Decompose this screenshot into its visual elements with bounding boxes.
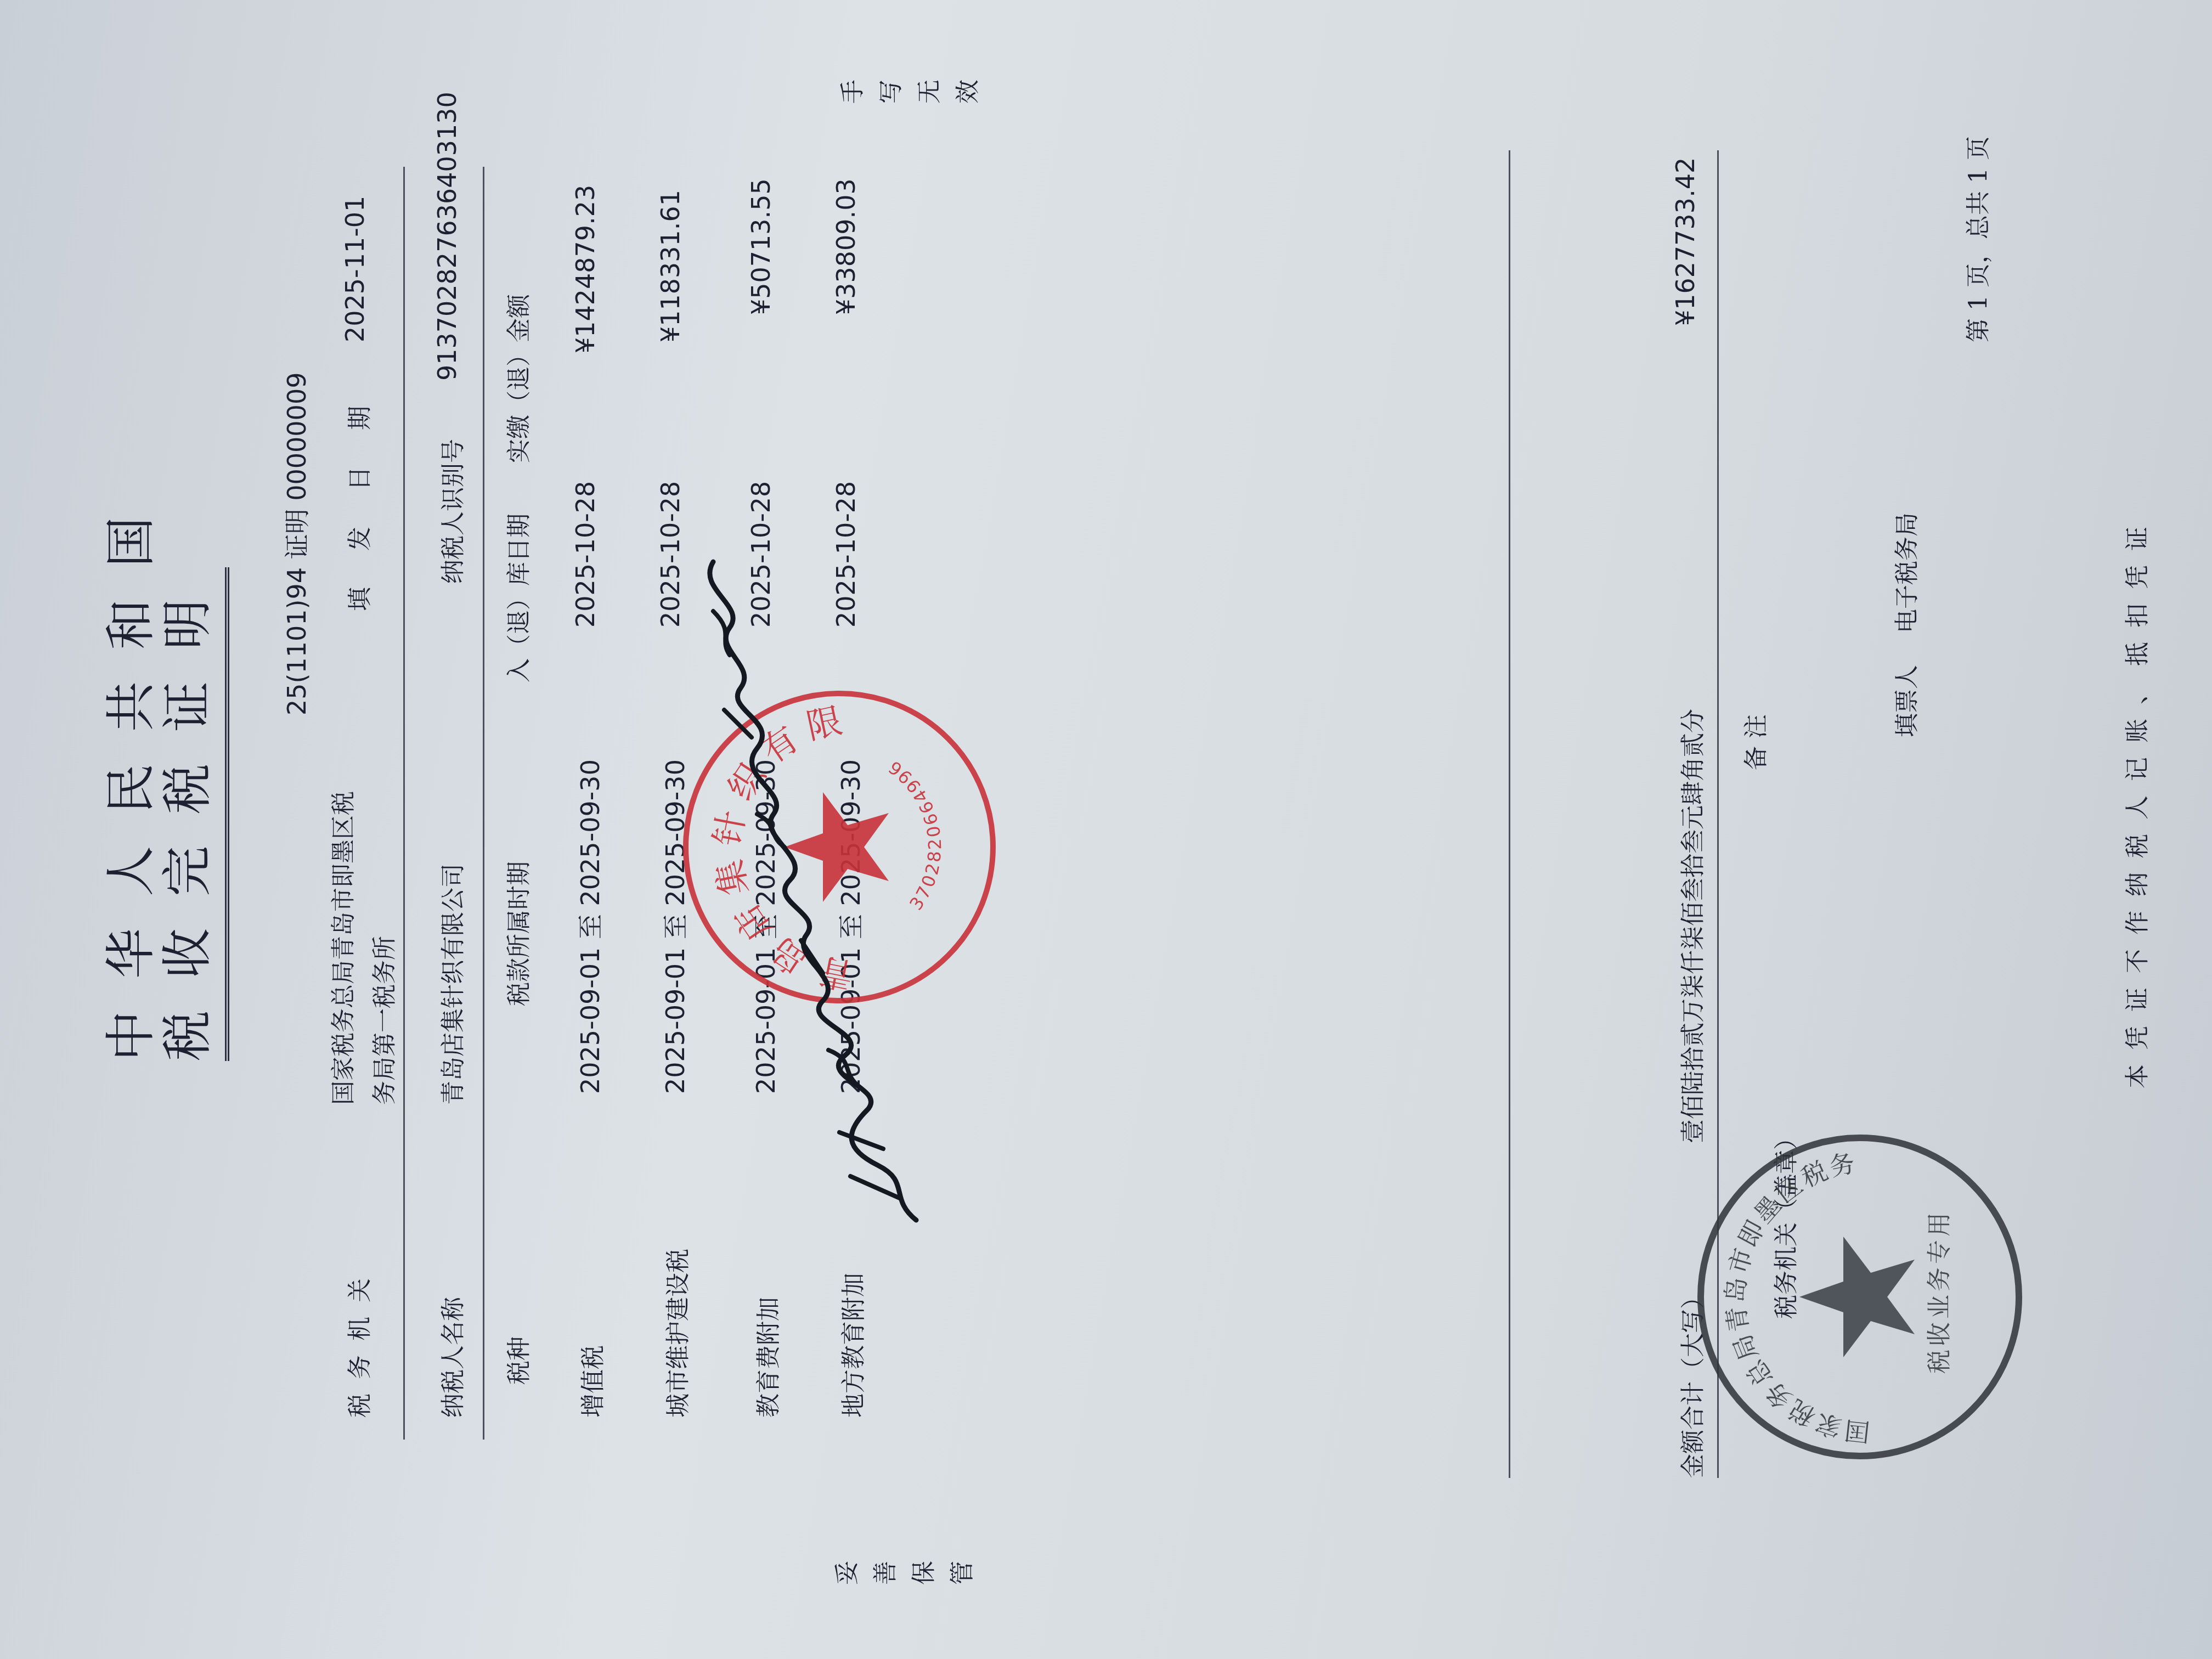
row-tax-type: 城市维护建设税 bbox=[658, 1249, 693, 1418]
issue-date: 2025-11-01 bbox=[340, 196, 370, 342]
row-tax-type: 增值税 bbox=[573, 1345, 608, 1418]
issue-date-label: 填 发 日 期 bbox=[340, 392, 375, 611]
divider bbox=[1509, 150, 1510, 1478]
tax-authority-seal: 国家税务总局青岛市即墨区税务局第一税务所 税收业务专用章 bbox=[1690, 1127, 2030, 1467]
divider bbox=[403, 167, 405, 1440]
taxpayer-id: 913702827636403130 bbox=[432, 92, 462, 381]
title-certificate: 税收完税证明 bbox=[147, 567, 229, 1061]
header-period: 税款所属时期 bbox=[499, 861, 534, 1006]
handwritten-annotation bbox=[680, 545, 933, 1231]
total-amount-in-words: 壹佰陆拾贰万柒仟柒佰叁拾叁元肆角贰分 bbox=[1673, 709, 1708, 1143]
taxpayer-name: 青岛店集针织有限公司 bbox=[433, 864, 469, 1105]
tax-authority-line1: 国家税务总局青岛市即墨区税 bbox=[324, 791, 359, 1105]
header-amount: 实缴（退）金额 bbox=[499, 294, 534, 463]
header-tax-type: 税种 bbox=[499, 1336, 534, 1385]
remark-label: 备 注 bbox=[1736, 714, 1771, 770]
header-date: 入（退）库日期 bbox=[499, 513, 534, 682]
taxpayer-id-label: 纳税人识别号 bbox=[433, 439, 469, 584]
tax-authority-label: 税务机关 bbox=[340, 1264, 375, 1418]
side-note-handwriting-invalid: 手写无效 bbox=[839, 77, 993, 112]
filler-label: 填票人 bbox=[1887, 665, 1922, 737]
row-amount: ¥33809.03 bbox=[831, 178, 861, 315]
taxpayer-name-label: 纳税人名称 bbox=[433, 1297, 469, 1418]
tax-certificate-document: 中华人民共和国 税收完税证明 手写无效 妥善保管 25(1101)94 证明 0… bbox=[0, 0, 2212, 1659]
certificate-number: 25(1101)94 证明 00000009 bbox=[277, 373, 313, 715]
filler: 电子税务局 bbox=[1887, 512, 1922, 633]
total-amount: ¥1627733.42 bbox=[1671, 157, 1700, 326]
divider bbox=[483, 167, 484, 1440]
tax-authority-line2: 务局第一税务所 bbox=[365, 936, 400, 1105]
row-date: 2025-10-28 bbox=[571, 481, 600, 628]
row-amount: ¥1424879.23 bbox=[571, 185, 600, 353]
side-note-keep-safe: 妥善保管 bbox=[834, 1558, 988, 1593]
row-amount: ¥50713.55 bbox=[746, 178, 776, 315]
row-tax-type: 教育费附加 bbox=[749, 1297, 784, 1418]
row-tax-type: 地方教育附加 bbox=[834, 1273, 869, 1418]
page-info: 第 1 页，总共 1 页 bbox=[1959, 136, 1994, 342]
disclaimer: 本凭证不作纳税人记账、抵扣凭证 bbox=[2118, 512, 2153, 1088]
star-icon bbox=[1799, 1237, 1915, 1357]
row-period: 2025-09-01 至 2025-09-30 bbox=[571, 759, 607, 1094]
row-amount: ¥118331.61 bbox=[656, 190, 685, 342]
